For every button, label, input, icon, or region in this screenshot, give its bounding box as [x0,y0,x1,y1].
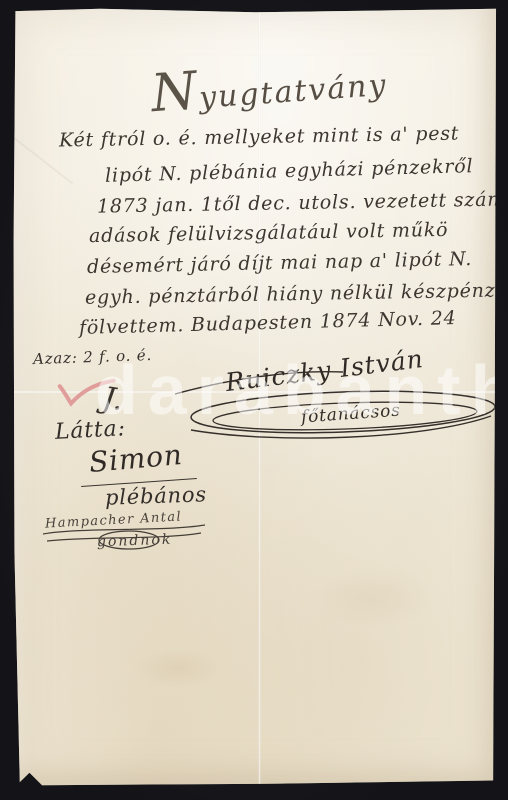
title-rest: yugtatvány [198,68,389,116]
body-line-6: egyh. pénztárból hiány nélkül készpénzül [85,279,497,309]
paper-stain [133,648,223,688]
body-line-1: Két ftról o. é. mellyeket mint is a' pes… [59,123,460,152]
document-title: Nyugtatvány [149,48,389,124]
body-line-2: lipót N. plébánia egyházi pénzekről [105,155,474,187]
gondnok-title: gondnok [97,532,173,551]
paper-sheet: Nyugtatvány Két ftról o. é. mellyeket mi… [13,8,497,786]
simon-signature: Simon [88,438,184,479]
body-line-4: adások felülvizsgálatául volt műkö [89,219,449,247]
plebanos-label: plébános [105,482,208,510]
body-line-5: désemért járó díjt mai nap a' lipót N. [87,248,472,278]
body-line-3: 1873 jan. 1től dec. utols. vezetett szám [97,188,497,217]
title-initial: N [149,61,199,124]
azaz-annotation: Azaz: 2 f. o. é. [33,346,153,368]
latta-label: Látta: [54,416,126,445]
paper-stain [313,568,433,628]
pen-flourish: J. [101,381,127,419]
body-line-7: fölvettem. Budapesten 1874 Nov. 24 [79,307,457,339]
